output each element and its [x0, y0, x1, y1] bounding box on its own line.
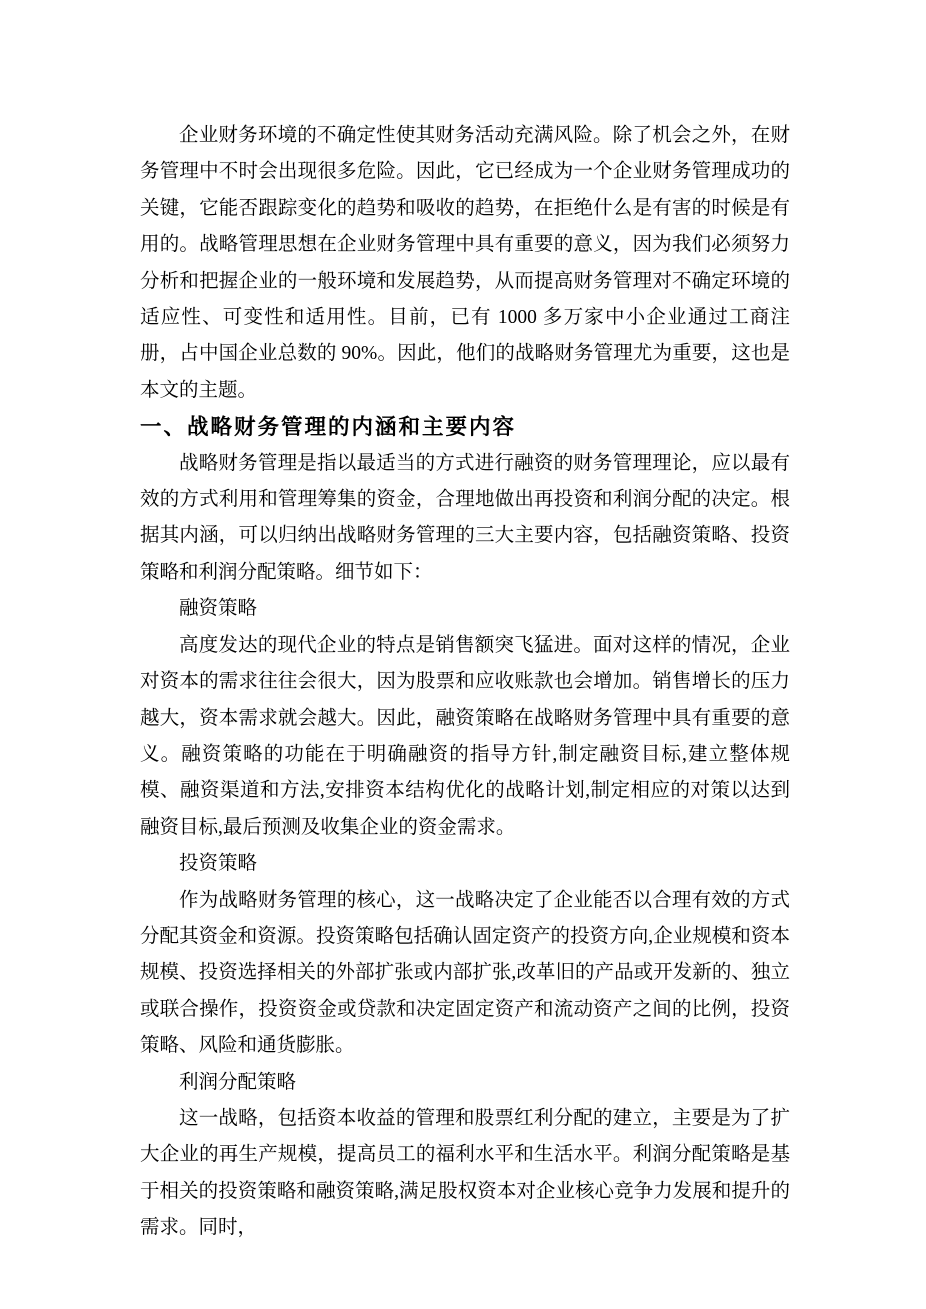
paragraph-intro: 企业财务环境的不确定性使其财务活动充满风险。除了机会之外，在财务管理中不时会出现…	[140, 118, 790, 409]
subhead-profit-distribution-strategy: 利润分配策略	[140, 1065, 790, 1101]
paragraph-investment-strategy: 作为战略财务管理的核心，这一战略决定了企业能否以合理有效的方式分配其资金和资源。…	[140, 883, 790, 1065]
document-page: 企业财务环境的不确定性使其财务活动充满风险。除了机会之外，在财务管理中不时会出现…	[0, 0, 926, 1309]
document-content: 企业财务环境的不确定性使其财务活动充满风险。除了机会之外，在财务管理中不时会出现…	[140, 118, 790, 1247]
paragraph-strategic-fm-definition: 战略财务管理是指以最适当的方式进行融资的财务管理理论，应以最有效的方式利用和管理…	[140, 446, 790, 592]
paragraph-profit-distribution-strategy: 这一战略，包括资本收益的管理和股票红利分配的建立，主要是为了扩大企业的再生产规模…	[140, 1101, 790, 1247]
paragraph-financing-strategy: 高度发达的现代企业的特点是销售额突飞猛进。面对这样的情况，企业对资本的需求往往会…	[140, 628, 790, 846]
subhead-investment-strategy: 投资策略	[140, 846, 790, 882]
subhead-financing-strategy: 融资策略	[140, 591, 790, 627]
section-heading-1: 一、战略财务管理的内涵和主要内容	[140, 409, 790, 445]
